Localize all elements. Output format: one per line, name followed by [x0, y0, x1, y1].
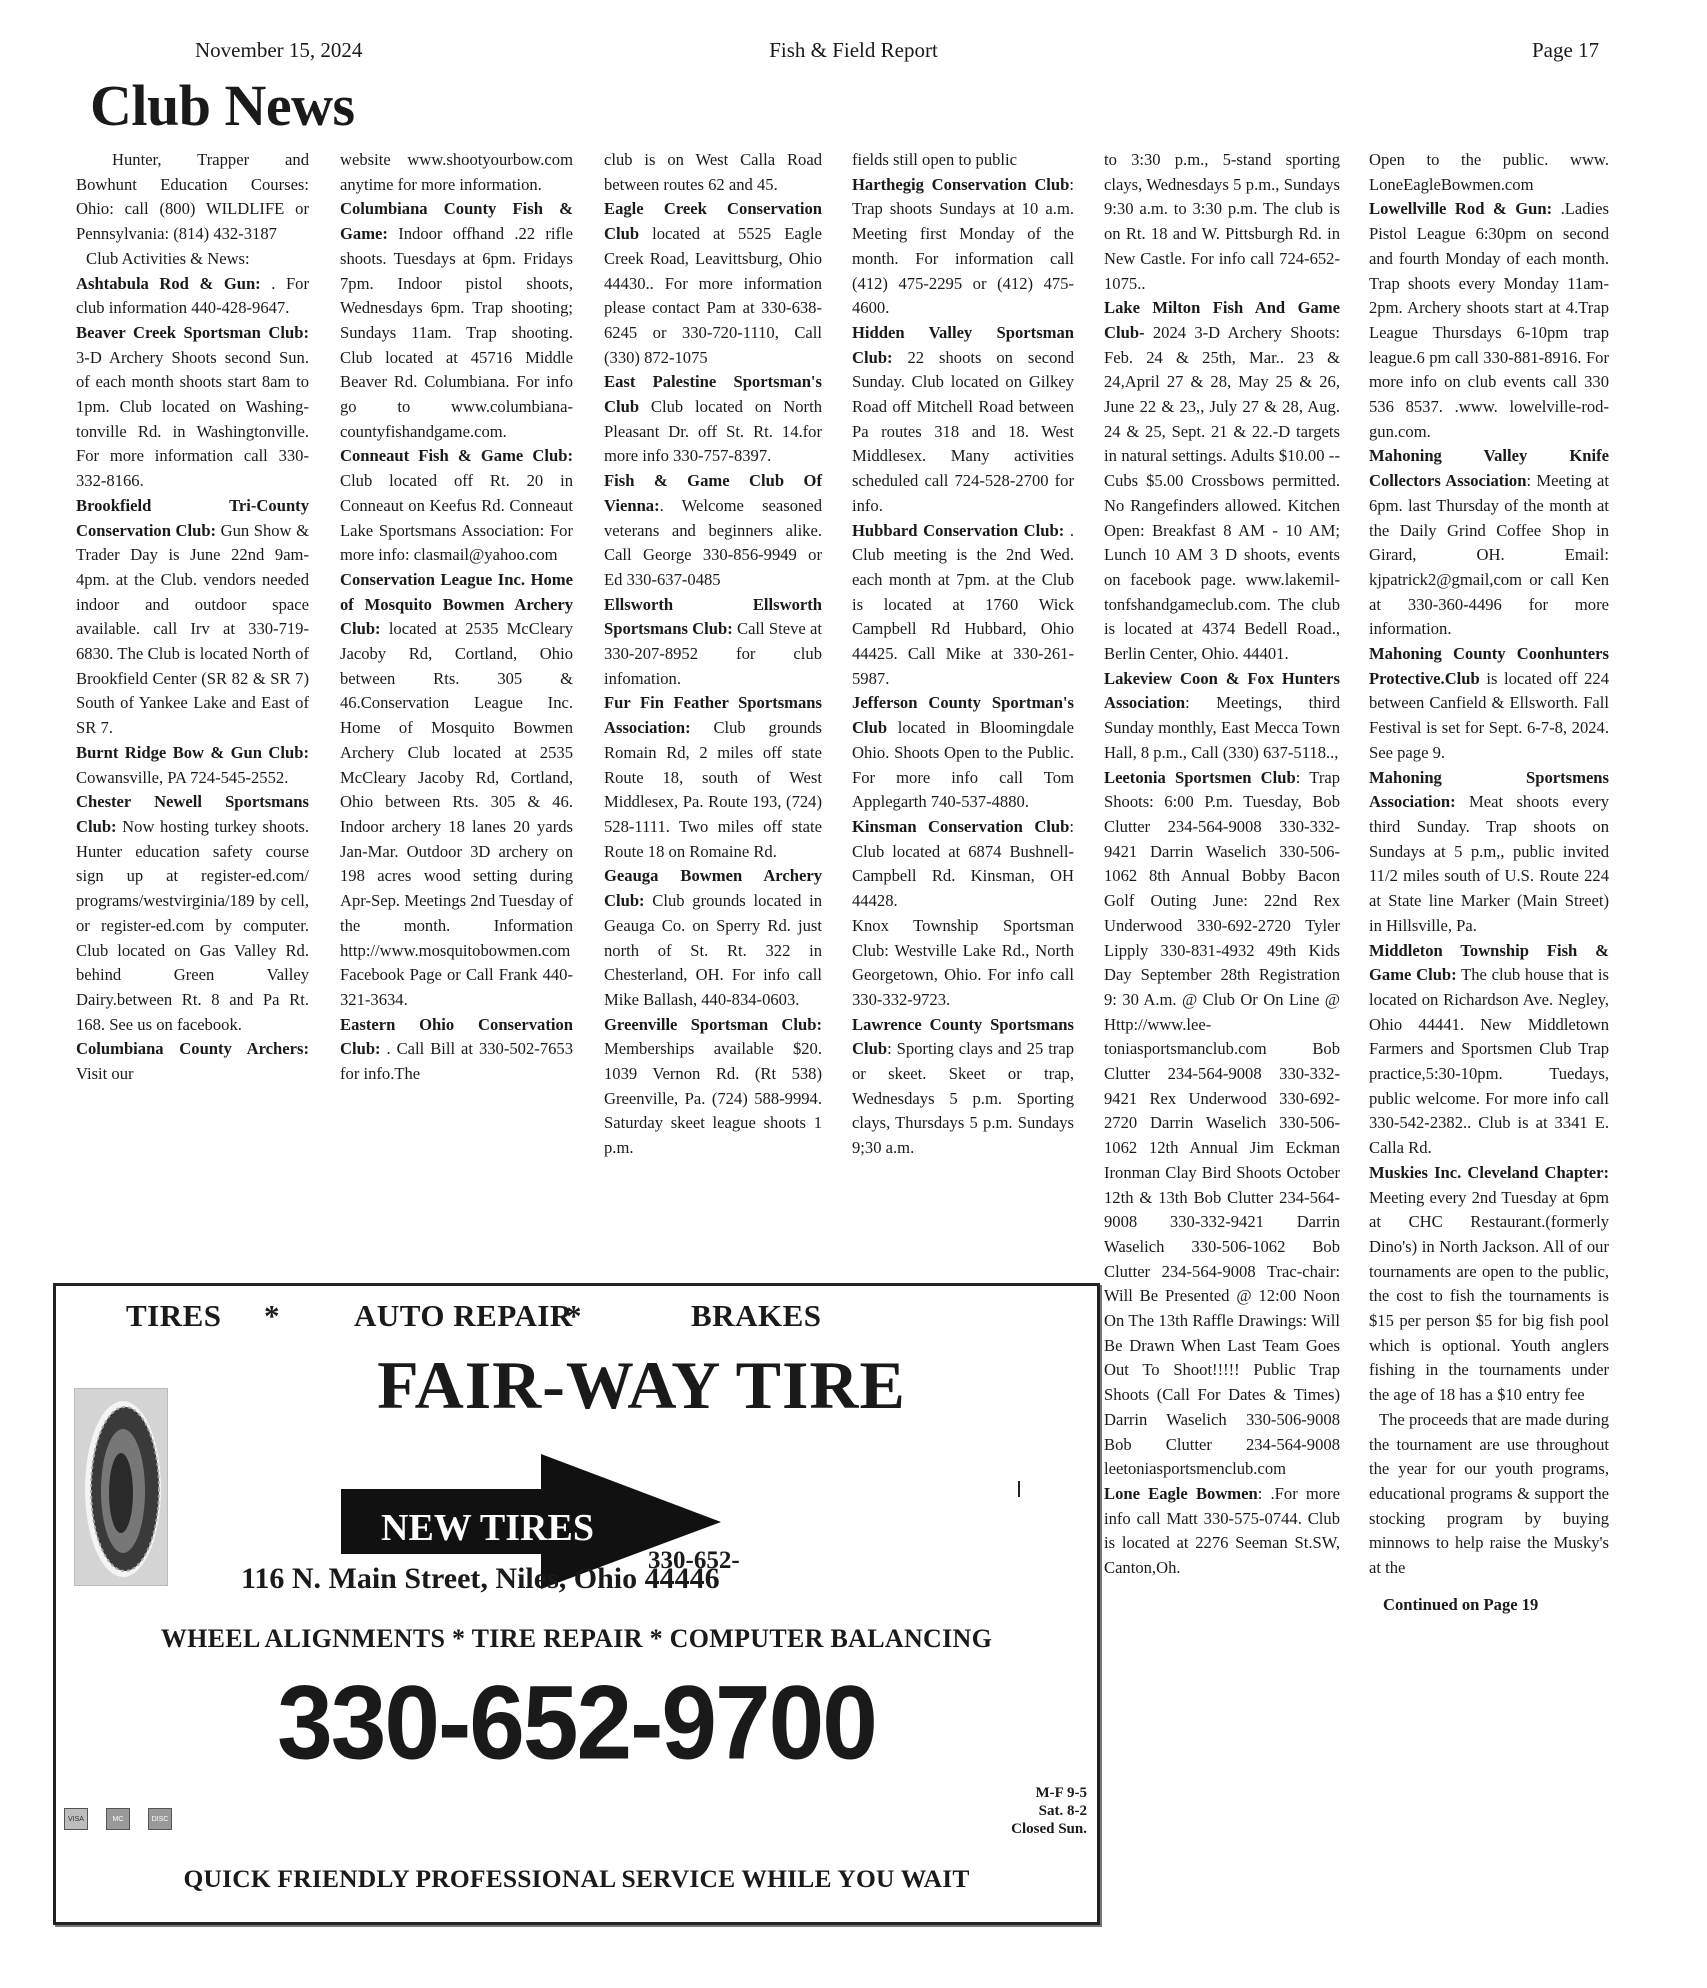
club-details: fields still open to public	[852, 150, 1017, 169]
club-name: Ashtabula Rod & Gun:	[76, 274, 261, 293]
club-listing: Jefferson County Sportman's Club located…	[852, 691, 1074, 815]
store-address: 116 N. Main Street, Niles, Ohio 44446	[241, 1562, 720, 1596]
column-1: Hunter, Trapper and Bowhunt Education Co…	[76, 148, 309, 1087]
decorative-tick	[1018, 1481, 1020, 1497]
club-details: Open to the public. www. LoneEagleBowmen…	[1369, 150, 1609, 194]
club-listing: Conneaut Fish & Game Club: Club located …	[340, 444, 573, 568]
separator: *	[264, 1298, 280, 1334]
club-listing: Mahoning County Coonhunters Protective.C…	[1369, 642, 1609, 766]
club-details: to 3:30 p.m., 5-stand sporting clays, We…	[1104, 150, 1340, 293]
club-listing: Open to the public. www. LoneEagleBowmen…	[1369, 148, 1609, 197]
club-details: club is on West Calla Road between route…	[604, 150, 822, 194]
club-listing: Knox Township Sportsman Club: Westville …	[852, 914, 1074, 1013]
club-details: : Trap shoots Sundays at 10 a.m. Meeting…	[852, 175, 1074, 318]
club-listing: Brookfield Tri-County Conservation Club:…	[76, 494, 309, 741]
club-listing: Leetonia Sportsmen Club: Trap Shoots: 6:…	[1104, 766, 1340, 1482]
service-auto-repair: AUTO REPAIR	[354, 1298, 573, 1334]
club-listing: Muskies Inc. Cleveland Chapter: Meeting …	[1369, 1161, 1609, 1408]
section-title: Club News	[90, 72, 355, 139]
club-name: Kinsman Conservation Club	[852, 817, 1069, 836]
club-listing: Ashtabula Rod & Gun: . For club informat…	[76, 272, 309, 321]
club-listing: Middleton Township Fish & Game Club: The…	[1369, 939, 1609, 1161]
club-name: Columbiana County Archers:	[76, 1039, 309, 1058]
club-details: Cowansville, PA 724-545-2552.	[76, 768, 288, 787]
club-listing: The proceeds that are made during the to…	[1369, 1408, 1609, 1581]
club-details: website www.shootyourbow.com anytime for…	[340, 150, 573, 194]
column-6: Open to the public. www. LoneEagleBowmen…	[1369, 148, 1609, 1617]
continued-notice: Continued on Page 19	[1369, 1593, 1609, 1618]
club-details: Knox Township Sportsman Club: Westville …	[852, 916, 1074, 1009]
club-listing: Eastern Ohio Conservation Club: . Call B…	[340, 1013, 573, 1087]
club-listing: Greenville Sportsman Club: Memberships a…	[604, 1013, 822, 1161]
club-listing: Kinsman Conservation Club: Club located …	[852, 815, 1074, 914]
club-listing: Burnt Ridge Bow & Gun Club: Cowansville,…	[76, 741, 309, 790]
column-3: club is on West Calla Road between route…	[604, 148, 822, 1161]
fair-way-tire-advertisement: TIRES * AUTO REPAIR * BRAKES FAIR-WAY TI…	[53, 1283, 1100, 1925]
club-details: Indoor offhand .22 rifle shoots. Tuesday…	[340, 224, 573, 441]
club-listing: Mahoning Valley Knife Collectors Associa…	[1369, 444, 1609, 642]
ad-tagline: QUICK FRIENDLY PROFESSIONAL SERVICE WHIL…	[56, 1864, 1097, 1894]
club-listing: club is on West Calla Road between route…	[604, 148, 822, 197]
club-details: Club located off Rt. 20 in Conneaut on K…	[340, 471, 573, 564]
club-listing: Fur Fin Feather Sportsmans Association: …	[604, 691, 822, 864]
separator: *	[566, 1298, 582, 1334]
payment-cards: VISA MC DISC	[64, 1808, 172, 1830]
club-details: : Meeting at 6pm. last Thursday of the m…	[1369, 471, 1609, 638]
club-details: 3-D Archery Shoots second Sun. of each m…	[76, 348, 309, 491]
club-details: Now hosting turkey shoots. Hunter educat…	[76, 817, 309, 1034]
hours-weekday: M-F 9-5	[1011, 1784, 1087, 1802]
page-number: Page 17	[1532, 38, 1599, 63]
club-details: Gun Show & Trader Day is June 22nd 9am-4…	[76, 521, 309, 738]
phone-number: 330-652-9700	[56, 1663, 1097, 1784]
club-details: located at 2535 McCleary Jacoby Rd, Cort…	[340, 619, 573, 1009]
club-details: 22 shoots on second Sunday. Club located…	[852, 348, 1074, 515]
club-listing: Lowellville Rod & Gun: .Ladies Pistol Le…	[1369, 197, 1609, 444]
club-details: located at 5525 Eagle Creek Road, Leavit…	[604, 224, 822, 367]
club-listing: Hidden Valley Sportsman Club: 22 shoots …	[852, 321, 1074, 519]
club-listing: Fish & Game Club Of Vienna:. Welcome sea…	[604, 469, 822, 593]
club-details: Meeting every 2nd Tuesday at 6pm at CHC …	[1369, 1188, 1609, 1405]
club-name: Harthegig Conservation Club	[852, 175, 1069, 194]
mastercard-icon: MC	[106, 1808, 130, 1830]
club-details: Club grounds Romain Rd, 2 miles off stat…	[604, 718, 822, 861]
club-name: Lowellville Rod & Gun:	[1369, 199, 1552, 218]
club-details: . Club meeting is the 2nd Wed. each mont…	[852, 521, 1074, 688]
club-details: .Ladies Pistol League 6:30pm on second a…	[1369, 199, 1609, 440]
club-listing: Beaver Creek Sportsman Club: 3-D Archery…	[76, 321, 309, 494]
club-details: : Trap Shoots: 6:00 P.m. Tuesday, Bob Cl…	[1104, 768, 1340, 1479]
business-hours: M-F 9-5 Sat. 8-2 Closed Sun.	[1011, 1784, 1087, 1838]
hours-saturday: Sat. 8-2	[1011, 1802, 1087, 1820]
column-2: website www.shootyourbow.com anytime for…	[340, 148, 573, 1087]
club-listing: Hunter, Trapper and Bowhunt Education Co…	[76, 148, 309, 247]
club-listing: fields still open to public	[852, 148, 1074, 173]
club-listing: Chester Newell Sportsmans Club: Now host…	[76, 790, 309, 1037]
club-details: The proceeds that are made during the to…	[1369, 1410, 1609, 1577]
club-details: 2024 3-D Archery Shoots: Feb. 24 & 25th,…	[1104, 323, 1340, 663]
club-details: Meat shoots every third Sunday. Trap sho…	[1369, 792, 1609, 935]
club-listing: Mahoning Sportsmens Association: Meat sh…	[1369, 766, 1609, 939]
club-details: Hunter, Trapper and Bowhunt Education Co…	[76, 150, 309, 243]
club-details: Visit our	[76, 1064, 134, 1083]
club-listing: Harthegig Conservation Club: Trap shoots…	[852, 173, 1074, 321]
club-details: The club house that is located on Richar…	[1369, 965, 1609, 1157]
club-listing: to 3:30 p.m., 5-stand sporting clays, We…	[1104, 148, 1340, 296]
club-name: Leetonia Sportsmen Club	[1104, 768, 1296, 787]
club-listing: Club Activities & News:	[76, 247, 309, 272]
club-name: Hubbard Conservation Club:	[852, 521, 1064, 540]
club-listing: Eagle Creek Conservation Club located at…	[604, 197, 822, 370]
new-tires-label: NEW TIRES	[381, 1506, 594, 1550]
club-listing: Hubbard Conservation Club: . Club meetin…	[852, 519, 1074, 692]
club-listing: Columbiana County Archers: Visit our	[76, 1037, 309, 1086]
ad-services-bottom: WHEEL ALIGNMENTS * TIRE REPAIR * COMPUTE…	[56, 1624, 1097, 1654]
publication-name: Fish & Field Report	[0, 38, 1707, 63]
brand-name: FAIR-WAY TIRE	[56, 1346, 1097, 1425]
club-listing: website www.shootyourbow.com anytime for…	[340, 148, 573, 197]
service-tires: TIRES	[126, 1298, 222, 1334]
column-5: to 3:30 p.m., 5-stand sporting clays, We…	[1104, 148, 1340, 1581]
club-listing: Ellsworth Ellsworth Sportsmans Club: Cal…	[604, 593, 822, 692]
column-4: fields still open to publicHarthegig Con…	[852, 148, 1074, 1161]
club-listing: Lakeview Coon & Fox Hunters Association:…	[1104, 667, 1340, 766]
club-name: Beaver Creek Sportsman Club:	[76, 323, 309, 342]
club-listing: Columbiana County Fish & Game: Indoor of…	[340, 197, 573, 444]
club-listing: Lawrence County Sportsmans Club: Sportin…	[852, 1013, 1074, 1161]
club-name: Muskies Inc. Cleveland Chapter:	[1369, 1163, 1609, 1182]
club-name: Conneaut Fish & Game Club:	[340, 446, 573, 465]
discover-card-icon: DISC	[148, 1808, 172, 1830]
club-name: Greenville Sportsman Club:	[604, 1015, 822, 1034]
club-details: Club Activities & News:	[86, 249, 250, 268]
page-header: November 15, 2024 Fish & Field Report Pa…	[0, 38, 1707, 68]
club-listing: Lake Milton Fish And Game Club- 2024 3-D…	[1104, 296, 1340, 667]
service-brakes: BRAKES	[691, 1298, 821, 1334]
club-listing: East Palestine Sportsman's Club Club loc…	[604, 370, 822, 469]
club-listing: Geauga Bowmen Archery Club: Club grounds…	[604, 864, 822, 1012]
hours-sunday: Closed Sun.	[1011, 1820, 1087, 1838]
club-details: Memberships available $20. 1039 Vernon R…	[604, 1039, 822, 1157]
club-listing: Lone Eagle Bowmen: .For more info call M…	[1104, 1482, 1340, 1581]
club-name: Lone Eagle Bowmen	[1104, 1484, 1258, 1503]
club-name: Burnt Ridge Bow & Gun Club:	[76, 743, 309, 762]
visa-card-icon: VISA	[64, 1808, 88, 1830]
club-listing: Conservation League Inc. Home of Mosquit…	[340, 568, 573, 1013]
